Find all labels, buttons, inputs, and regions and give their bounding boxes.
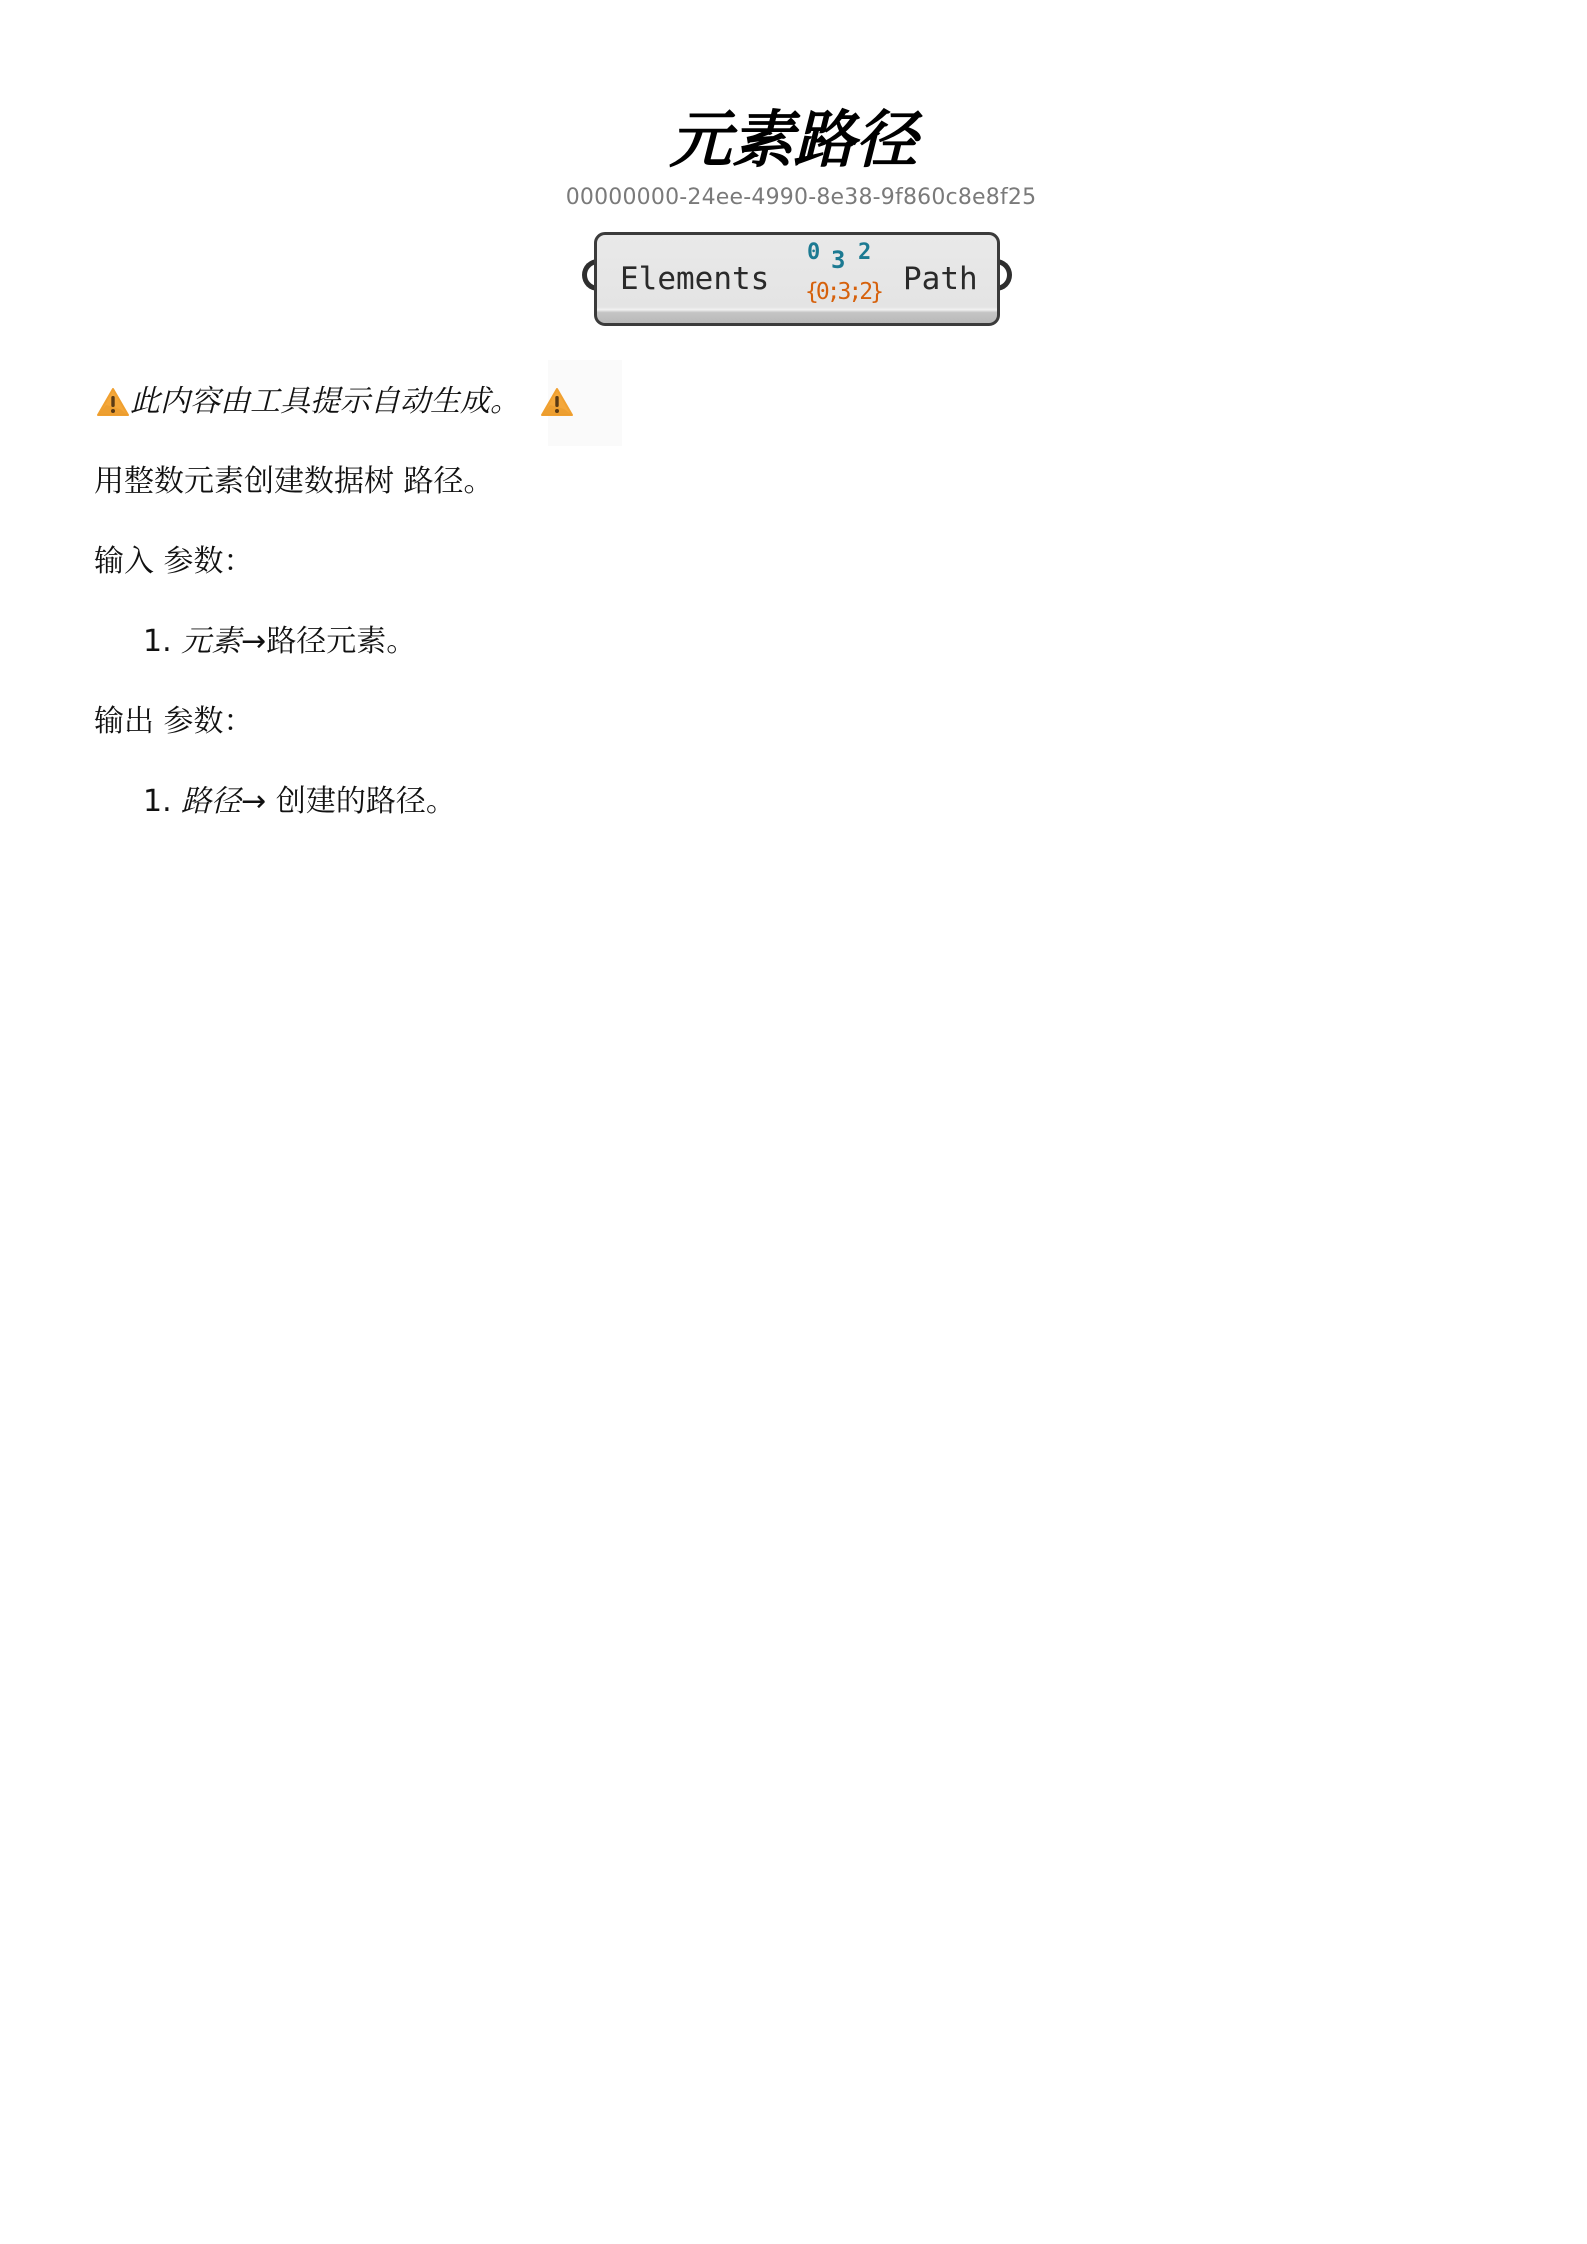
input-param-item: 1. 元素→路径元素。 — [143, 622, 416, 662]
param-name: 路径 — [181, 784, 241, 819]
list-number: 1. — [143, 624, 172, 659]
param-description: 创建的路径。 — [266, 784, 456, 819]
path-digit: 3 — [831, 246, 845, 274]
path-digit: 2 — [858, 240, 871, 265]
auto-generated-notice: 此内容由工具提示自动生成。 — [96, 382, 574, 422]
output-param-item: 1. 路径→ 创建的路径。 — [143, 782, 456, 822]
warning-icon — [540, 387, 574, 417]
component-diagram: Elements 0 3 2 {0;3;2} Path — [594, 232, 1000, 326]
param-name: 元素 — [181, 624, 241, 659]
arrow-icon: → — [241, 624, 266, 659]
inputs-heading: 输入 参数： — [94, 542, 254, 582]
warning-icon — [96, 387, 130, 417]
arrow-icon: → — [241, 784, 266, 819]
outputs-heading: 输出 参数： — [94, 702, 254, 742]
component-description: 用整数元素创建数据树 路径。 — [94, 462, 494, 502]
page-title: 元素路径 — [0, 100, 1587, 180]
component-body: Elements 0 3 2 {0;3;2} Path — [594, 232, 1000, 326]
output-port-label: Path — [903, 259, 978, 299]
path-string: {0;3;2} — [805, 277, 881, 307]
param-description: 路径元素。 — [266, 624, 416, 659]
list-number: 1. — [143, 784, 172, 819]
path-digit: 0 — [807, 240, 820, 265]
component-guid: 00000000-24ee-4990-8e38-9f860c8e8f25 — [0, 183, 1587, 213]
path-digits: 0 3 2 — [807, 240, 887, 270]
notice-text: 此内容由工具提示自动生成。 — [130, 384, 520, 419]
input-port-label: Elements — [620, 259, 769, 299]
